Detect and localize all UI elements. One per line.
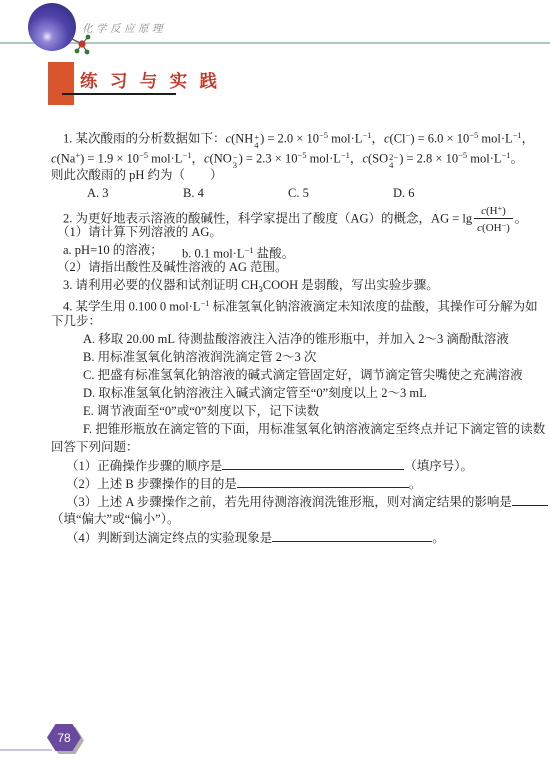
q1-options: A. 3B. 4C. 5D. 6 bbox=[87, 185, 109, 202]
q4-stem-line1: 4. 某学生用 0.100 0 mol·L−1 标准氢氧化钠溶液滴定未知浓度的盐… bbox=[63, 295, 538, 316]
q4-step-e: E. 调节液面至“0”或“0”刻度以下，记下读数 bbox=[83, 403, 319, 420]
q2-sub2: （2）请指出酸性及碱性溶液的 AG 范围。 bbox=[57, 259, 288, 276]
q4-step-b: B. 用标准氢氧化钠溶液润洗滴定管 2～3 次 bbox=[83, 349, 316, 366]
textbook-page: 化学反应原理 练 习 与 实 践 1. 某次酸雨的分析数据如下：c(NH+4) … bbox=[0, 0, 550, 778]
q1-line1: 1. 某次酸雨的分析数据如下：c(NH+4) = 2.0 × 10−5 mol·… bbox=[63, 127, 534, 149]
q2-sub1: （1）请计算下列溶液的 AG。 bbox=[57, 224, 222, 241]
q4-step-c: C. 把盛有标准氢氧化钠溶液的碱式滴定管固定好，调节滴定管尖嘴使之充满溶液 bbox=[83, 367, 523, 384]
q4-step-d: D. 取标准氢氧化钠溶液注入碱式滴定管至“0”刻度以上 2～3 mL bbox=[83, 385, 427, 402]
fill-in-blank bbox=[512, 493, 548, 506]
q4-step-f: F. 把锥形瓶放在滴定管的下面，用标准氢氧化钠溶液滴定至终点并记下滴定管的读数 bbox=[83, 421, 545, 438]
fill-in-blank bbox=[222, 457, 404, 470]
q4-stem-line2: 下几步： bbox=[51, 313, 101, 330]
q1-line2: c(Na+) = 1.9 × 10−5 mol·L−1，c(NO−3) = 2.… bbox=[51, 147, 523, 169]
page-number: 78 bbox=[57, 731, 70, 745]
section-title: 练 习 与 实 践 bbox=[80, 68, 221, 93]
q4-answer-prompt: 回答下列问题： bbox=[51, 439, 139, 456]
q4-sub3-line1: （3）上述 A 步骤操作之前，若先用待测溶液润洗锥形瓶，则对滴定结果的影响是 bbox=[66, 493, 548, 511]
footer-divider bbox=[0, 749, 52, 751]
book-title: 化学反应原理 bbox=[82, 21, 166, 36]
q4-sub2: （2）上述 B 步骤操作的目的是。 bbox=[66, 475, 421, 493]
q4-sub1: （1）正确操作步骤的顺序是（填序号）。 bbox=[66, 457, 473, 475]
q4-sub3-line2: （填“偏大”或“偏小”）。 bbox=[51, 511, 179, 528]
section-title-block bbox=[48, 62, 74, 105]
fill-in-blank bbox=[237, 475, 409, 488]
q4-sub4: （4）判断到达滴定终点的实验现象是。 bbox=[66, 529, 445, 547]
page-number-badge: 78 bbox=[47, 724, 81, 751]
q2-sub1-items: a. pH=10 的溶液；b. 0.1 mol·L−1 盐酸。 bbox=[63, 242, 163, 259]
q4-step-a: A. 移取 20.00 mL 待测盐酸溶液注入洁净的锥形瓶中，并加入 2～3 滴… bbox=[83, 331, 509, 348]
q1-line3: 则此次酸雨的 pH 约为（ ） bbox=[51, 167, 223, 184]
section-title-underline bbox=[62, 93, 176, 95]
fill-in-blank bbox=[272, 529, 432, 542]
